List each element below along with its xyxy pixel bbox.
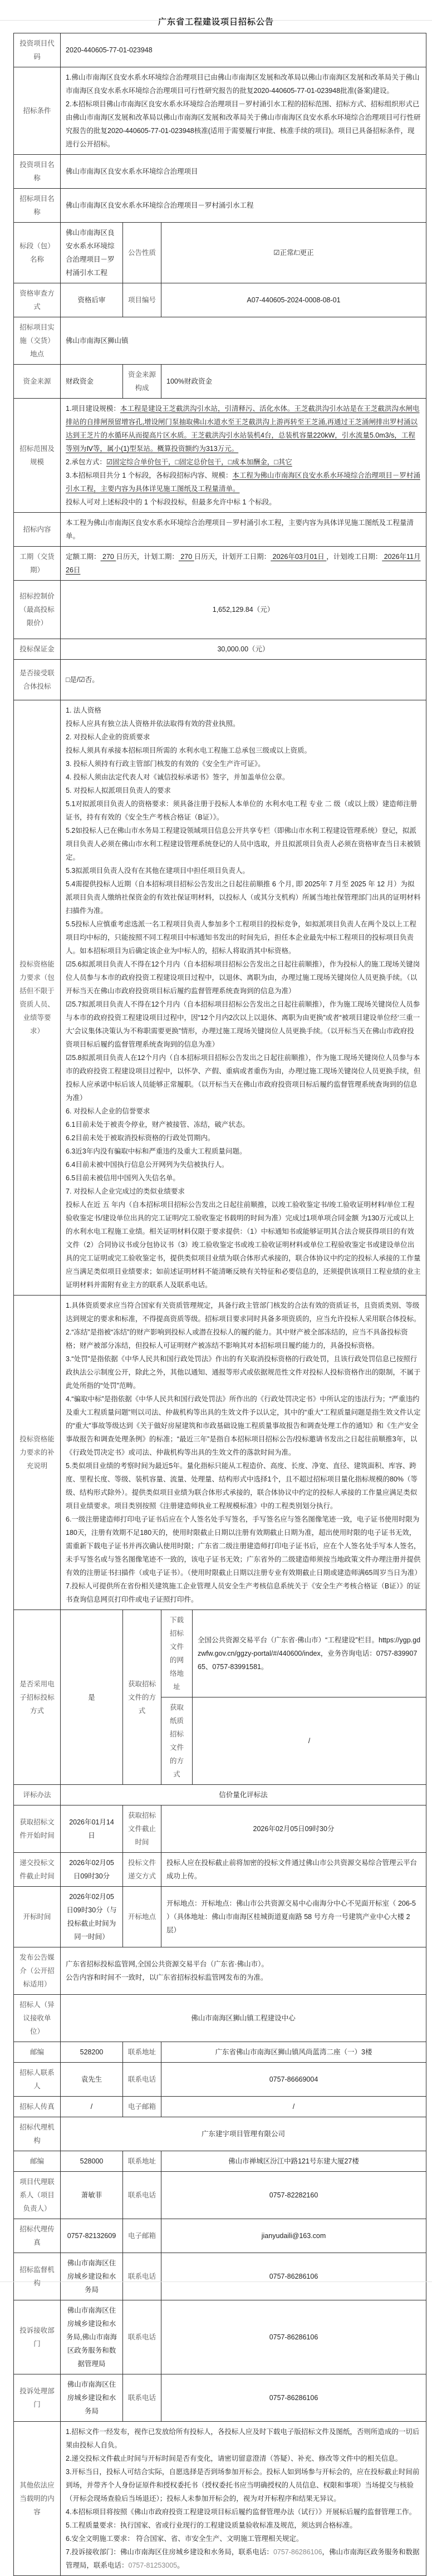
address1-value: 广东省佛山市南海区狮山镇风尚蓝湾二座（一）3楼 <box>161 2042 426 2063</box>
deposit-value: 30,000.00（元） <box>61 639 426 660</box>
project-code-value: 2020-440605-77-01-023948 <box>61 33 426 67</box>
complaint-phone-gray: 0757-86286106 <box>273 2548 322 2556</box>
qualification-paragraph: 5.5投标人应慎重考虑选派一名工程项目负责人参加多个工程项目的投标竞争，如拟派项… <box>66 917 421 958</box>
duration-start-date: 2026年03月01日 <box>271 553 326 561</box>
row-label-address2: 联系地址 <box>123 2151 161 2172</box>
table-row: 投标资格能力要求的补充说明 1.具体资质要求应当符合国家有关资质管理规定，具备行… <box>14 1296 426 1610</box>
submit-deadline-value: 2026年02月05日09时30分 <box>61 1853 123 1887</box>
row-label-fax2: 招标代理传真 <box>14 2219 61 2253</box>
qualification-paragraph: ☑5.6拟派项目负责人不得在12个月内（自本招标项目招标公告发出之日起往前顺推）… <box>66 958 421 998</box>
qualification-paragraph: 3. 投标人须持有行政主管部门核发的有效的《安全生产许可证》。 <box>66 757 421 771</box>
duration-value: 定额工期： 270 日历天，计划工期： 270 日历天，计划开工日期： 2026… <box>61 547 426 581</box>
qualification-paragraph: 1. 法人资格 <box>66 704 421 717</box>
qualification-paragraph: ☑5.8拟派项目负责人在12个月内（自本招标项目招标公告发出之日起往前顺推），作… <box>66 1051 421 1105</box>
phone1-value: 0757-86669004 <box>161 2063 426 2097</box>
supplement-paragraph: 7.投标人可提供所在省份相关建筑施工企业管理人员安全生产考核信息系统关于《安全生… <box>66 1579 421 1606</box>
funds-value: 财政资金 <box>61 365 123 399</box>
scope-value: 1.项目建设规模：本工程是建设王芝截洪沟引水站，引清释污、活化水体。王芝截洪沟引… <box>61 399 426 513</box>
fax2-value: 0757-82132609 <box>61 2219 123 2253</box>
download-url-text: 全国公共资源交易平台（广东省·佛山市）“工程建设”栏目。https://ygp.… <box>193 1610 426 1697</box>
contact1-value: 袁先生 <box>61 2063 123 2097</box>
location-value: 佛山市南海区狮山镇 <box>61 317 426 365</box>
duration-t4: ，计划竣工日期： <box>326 553 382 561</box>
duration-t1: 定额工期： <box>66 553 101 561</box>
table-row: 获取招标文件开始时间 2026年01月14日 获取招标文件截止时间 2026年0… <box>14 1805 426 1853</box>
row-label-content: 招标内容 <box>14 513 61 547</box>
row-label-submit-deadline: 递交投标文件截止时间 <box>14 1853 61 1887</box>
row-label-complaint-recv: 投诉接收部门 <box>14 2300 61 2374</box>
row-label-paper-doc-method: 获取纸质招标文件的方式 <box>161 1697 193 1785</box>
table-row: 招标项目实施（交货）地点 佛山市南海区狮山镇 <box>14 317 426 365</box>
table-row: 标段（包）名称 佛山市南海区良安水系水环境综合治理项目－罗村涌引水工程 公告性质… <box>14 223 426 283</box>
conditions-paragraph: 1.佛山市南海区良安水系水环境综合治理项目已由佛山市南海区发展和改革局以佛山市南… <box>66 71 421 97</box>
qualification-paragraph: ☑5.7拟派项目负责人不得在12个月内（自本招标项目招标公告发出之日起往前顺推）… <box>66 998 421 1051</box>
row-label-phone2: 联系电话 <box>123 2172 161 2219</box>
media-paragraph: 公告内容和时间不一致时，以广东省招标投标监管网发布的为准。 <box>66 1971 421 1984</box>
page-bottom-divider <box>0 2281 432 2282</box>
scope-p3-lead: 3.本招标项目共分 1 个标段，各标段招标内容、规模： <box>66 472 232 479</box>
duration-days-plan: 270 <box>179 553 194 561</box>
submit-method-value: 投标人应在投标截止前将加密的投标文件通过佛山市公共资源交易综合管理云平台成功上传… <box>161 1853 426 1887</box>
duration-t2: 日历天，计划工期： <box>116 553 179 561</box>
scope-paragraph: 投标人可对上述标段中的 1 个标段投标，但最多允许中标 1 个标段。 <box>66 495 421 509</box>
row-label-zip1: 邮编 <box>14 2042 61 2063</box>
supplement-paragraph: 5.类似项目业绩的考察时间为最近5年。量化指标只能从工程造价、高度、长度、净宽、… <box>66 1459 421 1513</box>
qualification-paragraph: 投标人须具有承接本招标项目所需的 水利水电工程施工总承包三级或以上资质。 <box>66 744 421 757</box>
row-label-ceiling-price: 招标控制价（最高投标限价） <box>14 581 61 639</box>
qualification-paragraph: 5.3拟派项目负责人没有在其他在建项目中担任项目负责人。 <box>66 864 421 877</box>
qualification-paragraph: 投标人应具有独立法人资格并依法取得有效的营业执照。 <box>66 717 421 730</box>
doc-start-time-value: 2026年01月14日 <box>61 1805 123 1853</box>
table-row: 是否接受联合体投标 □是/☑否。 <box>14 660 426 700</box>
row-label-supplement: 投标资格能力要求的补充说明 <box>14 1296 61 1610</box>
row-label-supervision-phone: 联系电话 <box>123 2253 161 2300</box>
supplement-paragraph: 4.“骗取中标”是指依据《中华人民共和国行政处罚法》所作出的《行政处罚决定书》中… <box>66 1392 421 1459</box>
other-notes-paragraph: 5.工程质量要求：执行国家、省或行业现行的工程建设质量验收标准及规范，须达到合格… <box>66 2519 421 2532</box>
table-row: 招标条件 1.佛山市南海区良安水系水环境综合治理项目已由佛山市南海区发展和改革局… <box>14 67 426 155</box>
table-row: 投标保证金 30,000.00（元） <box>14 639 426 660</box>
other-notes-paragraph: 6.安全文明施工要求： 符合国家、省、市安全生产、文明施工管理相关规定。 <box>66 2532 421 2545</box>
row-label-deposit: 投标保证金 <box>14 639 61 660</box>
tenderer-value: 佛山市南海区狮山镇工程建设中心 <box>61 1995 426 2042</box>
row-label-evaluation: 评标办法 <box>14 1785 61 1805</box>
table-row: 资格审查方式 资格后审 项目编号 A07-440605-2024-0008-08… <box>14 283 426 317</box>
row-label-consortium: 是否接受联合体投标 <box>14 660 61 700</box>
phone2-value: 0757-82282160 <box>161 2172 426 2219</box>
other-notes-paragraph: 7.投诉接收部门：佛山市南海区住房城乡建设和水务局，联系电话：0757-8628… <box>66 2545 421 2572</box>
supervision-value: 佛山市南海区住房城乡建设和水务局 <box>61 2253 123 2300</box>
row-label-location: 招标项目实施（交货）地点 <box>14 317 61 365</box>
table-row: 投诉处理部门 佛山市南海区住房城乡建设和水务局 联系电话 0757-862861… <box>14 2374 426 2422</box>
doc-deadline-value: 2026年02月05日09时30分 <box>161 1805 426 1853</box>
row-label-doc-deadline: 获取招标文件截止时间 <box>123 1805 161 1853</box>
scope-paragraph: 3.本招标项目共分 1 个标段，各标段招标内容、规模：本工程为佛山市南海区良安水… <box>66 469 421 495</box>
consortium-checkbox-value: □是/☑否。 <box>61 660 426 700</box>
row-label-electronic: 是否采用电子招标投标方式 <box>14 1610 61 1785</box>
qualification-paragraph: 7. 对投标人企业完成过的类似业绩要求 <box>66 1185 421 1198</box>
funds-composition-value: 100%财政资金 <box>161 365 426 399</box>
complaint-handle-phone-value: 0757-86286106 <box>161 2374 426 2422</box>
page-title: 广东省工程建设项目招标公告 <box>0 16 432 27</box>
duration-t3: 日历天，计划开工日期： <box>194 553 271 561</box>
table-row: 其他依法应当载明的内容 1.招标文件一经发布，视作已发放给所有投标人，各投标人应… <box>14 2422 426 2576</box>
row-label-complaint-handle: 投诉处理部门 <box>14 2374 61 2422</box>
row-label-project-code: 投资项目代码 <box>14 33 61 67</box>
supplement-paragraph: 6.一级注册建造师打印电子证书后应在个人签名处手写签名，手写签名应与签名图像笔迹… <box>66 1513 421 1579</box>
project-number-value: A07-440605-2024-0008-08-01 <box>161 283 426 317</box>
table-row: 项目代理联系人（项目负责人） 萧敏菲 联系电话 0757-82282160 <box>14 2172 426 2219</box>
row-label-zip2: 邮编 <box>14 2151 61 2172</box>
row-label-fax1: 招标人传真 <box>14 2097 61 2117</box>
qualification-paragraph: 5. 对投标人拟派项目负责人的要求 <box>66 784 421 797</box>
section-name-value: 佛山市南海区良安水系水环境综合治理项目－罗村涌引水工程 <box>61 223 123 283</box>
paper-doc-method-value: / <box>193 1697 426 1785</box>
agency-value: 广东建宇项目管理有限公司 <box>61 2117 426 2151</box>
other-notes-value: 1.招标文件一经发布，视作已发放给所有投标人，各投标人应及时下载电子版招标文件及… <box>61 2422 426 2576</box>
scope-p2-lead: 2.承包方式： <box>66 458 106 466</box>
qualification-paragraph: 6. 对投标人企业的信誉要求 <box>66 1105 421 1118</box>
other-notes-paragraph: 1.招标文件一经发布，视作已发放给所有投标人，各投标人应及时下载电子版招标文件及… <box>66 2425 421 2452</box>
invest-name-value: 佛山市南海区良安水系水环境综合治理项目 <box>61 155 426 189</box>
qualification-mode-value: 资格后审 <box>61 283 123 317</box>
row-label-doc-start-time: 获取招标文件开始时间 <box>14 1805 61 1853</box>
row-label-doc-obtain-method: 获取招标文件的方式 <box>123 1610 161 1785</box>
qualification-paragraph: 5.1对拟派项目负责人的资格要求：须具备注册于投标人本单位的 水利水电工程 专业… <box>66 797 421 824</box>
zip1-value: 528200 <box>61 2042 123 2063</box>
row-label-scope: 招标范围及规模 <box>14 399 61 513</box>
row-label-supervision: 招标监督机构 <box>14 2253 61 2300</box>
table-row: 是否采用电子招标投标方式 是 获取招标文件的方式 下载招标文件的网络地址 全国公… <box>14 1610 426 1697</box>
table-row: 招标人联系人 袁先生 联系电话 0757-86669004 <box>14 2063 426 2097</box>
row-label-phone1: 联系电话 <box>123 2063 161 2097</box>
row-label-media: 发布公告媒介（公开招标适用） <box>14 1947 61 1995</box>
duration-paragraph: 定额工期： 270 日历天，计划工期： 270 日历天，计划开工日期： 2026… <box>66 550 421 577</box>
other-notes-p7-text: 。 <box>177 2562 184 2569</box>
table-row: 邮编 528200 联系地址 广东省佛山市南海区狮山镇风尚蓝湾二座（一）3楼 <box>14 2042 426 2063</box>
tender-announcement-table: 投资项目代码 2020-440605-77-01-023948 招标条件 1.佛… <box>13 33 426 2576</box>
row-label-other-notes: 其他依法应当载明的内容 <box>14 2422 61 2576</box>
row-label-opening-place: 开标地点 <box>123 1887 161 1947</box>
table-row: 招标项目名称 佛山市南海区良安水系水环境综合治理项目－罗村涌引水工程 <box>14 189 426 223</box>
supplement-paragraph: 2.“冻结”是指被“冻结”的财产影响到投标人或潜在投标人的履约能力。其中财产被全… <box>66 1326 421 1352</box>
table-row: 投资项目名称 佛山市南海区良安水系水环境综合治理项目 <box>14 155 426 189</box>
email1-value: / <box>161 2097 426 2117</box>
evaluation-method-value: 信价量化评标法 <box>61 1785 426 1805</box>
scope-p1-lead: 1.项目建设规模： <box>66 405 120 413</box>
media-value: 广东省招标投标监管网,全国公共资源交易平台（广东省·佛山市）。 公告内容和时间不… <box>61 1947 426 1995</box>
ceiling-price-value: 1,652,129.84（元） <box>61 581 426 639</box>
electronic-value: 是 <box>61 1610 123 1785</box>
opening-place-value: 开标地点：开标地点：佛山市公共资源交易中心南海分中心不见面开标室（ 206-5 … <box>161 1887 426 1947</box>
page-top-divider <box>0 20 432 21</box>
qualification-paragraph: 6.3近3年内没有骗取中标和严重违约及重大工程质量问题。 <box>66 1145 421 1158</box>
row-label-qualification-requirements: 投标资格能力要求（包括但不限于资质人员、业绩等要求） <box>14 700 61 1296</box>
row-label-section: 标段（包）名称 <box>14 223 61 283</box>
supplement-value: 1.具体资质要求应当符合国家有关资质管理规定，具备行政主管部门核发的合法有效的资… <box>61 1296 426 1610</box>
table-row: 发布公告媒介（公开招标适用） 广东省招标投标监管网,全国公共资源交易平台（广东省… <box>14 1947 426 1995</box>
table-row: 递交投标文件截止时间 2026年02月05日09时30分 投标文件递交方式 投标… <box>14 1853 426 1887</box>
row-label-duration: 工期（交货期） <box>14 547 61 581</box>
row-label-tenderer: 招标人（异议接收单位） <box>14 1995 61 2042</box>
complaint-handle-value: 佛山市南海区住房城乡建设和水务局 <box>61 2374 123 2422</box>
other-notes-p7-text: 7.投诉接收部门：佛山市南海区住房城乡建设和水务局，联系电话： <box>66 2548 273 2556</box>
media-paragraph: 广东省招标投标监管网,全国公共资源交易平台（广东省·佛山市）。 <box>66 1957 421 1971</box>
conditions-paragraph: 2.本招标项目佛山市南海区良安水系水环境综合治理项目－罗村涌引水工程的招标范围、… <box>66 97 421 151</box>
qualification-paragraph: 6.4目前未被中国执行信息公开网列为失信被执行人。 <box>66 1158 421 1171</box>
table-row: 投资项目代码 2020-440605-77-01-023948 <box>14 33 426 67</box>
table-row: 资金来源 财政资金 资金来源构成 100%财政资金 <box>14 365 426 399</box>
scope-p2-checkbox-options: ☑固定综合单价包干，□固定总价包干，□成本加酬金，□其它 <box>106 458 292 466</box>
row-label-notice-nature: 公告性质 <box>123 223 161 283</box>
table-row: 招标代理传真 0757-82132609 电子邮箱 jianyudaili@16… <box>14 2219 426 2253</box>
row-label-complaint-handle-phone: 联系电话 <box>123 2374 161 2422</box>
qualification-requirements-value: 1. 法人资格 投标人应具有独立法人资格并依法取得有效的营业执照。 2. 对投标… <box>61 700 426 1296</box>
content-value: 本工程为佛山市南海区良安水系水环境综合治理项目－罗村涌引水工程，主要内容为具体详… <box>61 513 426 547</box>
qualification-paragraph: 4. 投标人须由法定代表人对《诚信投标承诺书》签字，并加盖单位公章。 <box>66 771 421 784</box>
row-label-opening-time: 开标时间 <box>14 1887 61 1947</box>
qualification-paragraph: 6.5目前未被信用中国列入失信名单。 <box>66 1171 421 1185</box>
notice-nature-checkbox-value: ☑正常/□更正 <box>161 223 426 283</box>
email2-value: jianyudaili@163.com <box>161 2219 426 2253</box>
row-label-funds-composition: 资金来源构成 <box>123 365 161 399</box>
table-row: 开标时间 2026年02月05日09时30分（与投标截止时间为同一时间） 开标地… <box>14 1887 426 1947</box>
other-notes-paragraph: 4.本招标项目将按照《佛山市政府投资工程建设项目标后履约监督管理办法（试行）》开… <box>66 2505 421 2519</box>
address2-value: 佛山市禅城区汾江中路121号东建大厦27楼 <box>161 2151 426 2172</box>
complaint-phone-gray: 0757-81253005 <box>129 2562 178 2569</box>
complaint-recv-value: 佛山市南海区住房城乡建设和水务局,佛山市南海区政务服务和数据管理局 <box>61 2300 123 2374</box>
row-label-submit-method: 投标文件递交方式 <box>123 1853 161 1887</box>
table-row: 邮编 528000 联系地址 佛山市禅城区汾江中路121号东建大厦27楼 <box>14 2151 426 2172</box>
other-notes-paragraph: 3.开标当日，投标人可结合实际，自愿选择是否到场参加开标会。投标人如到场参与开标… <box>66 2465 421 2505</box>
row-label-tender-name: 招标项目名称 <box>14 189 61 223</box>
row-label-email2: 电子邮箱 <box>123 2219 161 2253</box>
supplement-paragraph: 3.“处罚”是指依据《中华人民共和国行政处罚法》作出的有关取消投标资格的行政处罚… <box>66 1352 421 1392</box>
supplement-paragraph: 1.具体资质要求应当符合国家有关资质管理规定，具备行政主管部门核发的合法有效的资… <box>66 1299 421 1326</box>
row-label-invest-name: 投资项目名称 <box>14 155 61 189</box>
row-label-funds: 资金来源 <box>14 365 61 399</box>
table-row: 招标人传真 / 电子邮箱 / <box>14 2097 426 2117</box>
table-row: 招标代理机构 广东建宇项目管理有限公司 <box>14 2117 426 2151</box>
qualification-paragraph: 投标人在近 五 年内（自本招标项目招标公告发出之日起往前顺推，以竣工验收鉴定书/… <box>66 1198 421 1292</box>
fax1-value: / <box>61 2097 123 2117</box>
row-label-address1: 联系地址 <box>123 2042 161 2063</box>
row-label-project-number: 项目编号 <box>123 283 161 317</box>
qualification-paragraph: 6.1目前未处于被责令停业，财产被接管、冻结，破产状态。 <box>66 1118 421 1131</box>
qualification-paragraph: 6.2目前未处于被取消投标资格的行政处罚期内。 <box>66 1131 421 1145</box>
table-row: 投诉接收部门 佛山市南海区住房城乡建设和水务局,佛山市南海区政务服务和数据管理局… <box>14 2300 426 2374</box>
qualification-paragraph: 5.4需提供投标人近期（自本招标项目招标公告发出之日起往前顺推 6 个月, 即 … <box>66 877 421 917</box>
scope-paragraph: 1.项目建设规模：本工程是建设王芝截洪沟引水站，引清释污、活化水体。王芝截洪沟引… <box>66 402 421 455</box>
row-label-complaint-recv-phone: 联系电话 <box>123 2300 161 2374</box>
tender-name-value: 佛山市南海区良安水系水环境综合治理项目－罗村涌引水工程 <box>61 189 426 223</box>
scope-paragraph: 2.承包方式：☑固定综合单价包干，□固定总价包干，□成本加酬金，□其它 <box>66 455 421 469</box>
table-row: 招标内容 本工程为佛山市南海区良安水系水环境综合治理项目－罗村涌引水工程，主要内… <box>14 513 426 547</box>
row-label-qualification-mode: 资格审查方式 <box>14 283 61 317</box>
contact2-value: 萧敏菲 <box>61 2172 123 2219</box>
table-row: 工期（交货期） 定额工期： 270 日历天，计划工期： 270 日历天，计划开工… <box>14 547 426 581</box>
opening-time-value: 2026年02月05日09时30分（与投标截止时间为同一时间） <box>61 1887 123 1947</box>
row-label-download-url: 下载招标文件的网络地址 <box>161 1610 193 1697</box>
supervision-phone-value: 0757-86286106 <box>161 2253 426 2300</box>
duration-days-quota: 270 <box>101 553 116 561</box>
qualification-paragraph: 2. 对投标人企业的资质要求 <box>66 730 421 744</box>
table-row: 招标人（异议接收单位） 佛山市南海区狮山镇工程建设中心 <box>14 1995 426 2042</box>
other-notes-paragraph: 2.递交投标文件截止时间与开标时间是否有变化，请密切留意澄清（答疑）、补充、修改… <box>66 2452 421 2465</box>
table-row: 评标办法 信价量化评标法 <box>14 1785 426 1805</box>
row-label-email1: 电子邮箱 <box>123 2097 161 2117</box>
row-label-contact1: 招标人联系人 <box>14 2063 61 2097</box>
row-label-contact2: 项目代理联系人（项目负责人） <box>14 2172 61 2219</box>
zip2-value: 528000 <box>61 2151 123 2172</box>
qualification-paragraph: 5.2如投标人已在佛山市水务局工程建设领域项目信息公开共享专栏（即佛山市水利工程… <box>66 824 421 864</box>
conditions-value: 1.佛山市南海区良安水系水环境综合治理项目已由佛山市南海区发展和改革局以佛山市南… <box>61 67 426 155</box>
table-row: 投标资格能力要求（包括但不限于资质人员、业绩等要求） 1. 法人资格 投标人应具… <box>14 700 426 1296</box>
table-row: 招标范围及规模 1.项目建设规模：本工程是建设王芝截洪沟引水站，引清释污、活化水… <box>14 399 426 513</box>
table-row: 招标监督机构 佛山市南海区住房城乡建设和水务局 联系电话 0757-862861… <box>14 2253 426 2300</box>
row-label-conditions: 招标条件 <box>14 67 61 155</box>
table-row: 招标控制价（最高投标限价） 1,652,129.84（元） <box>14 581 426 639</box>
row-label-agency: 招标代理机构 <box>14 2117 61 2151</box>
complaint-recv-phone-value: 0757-86286106 <box>161 2300 426 2374</box>
